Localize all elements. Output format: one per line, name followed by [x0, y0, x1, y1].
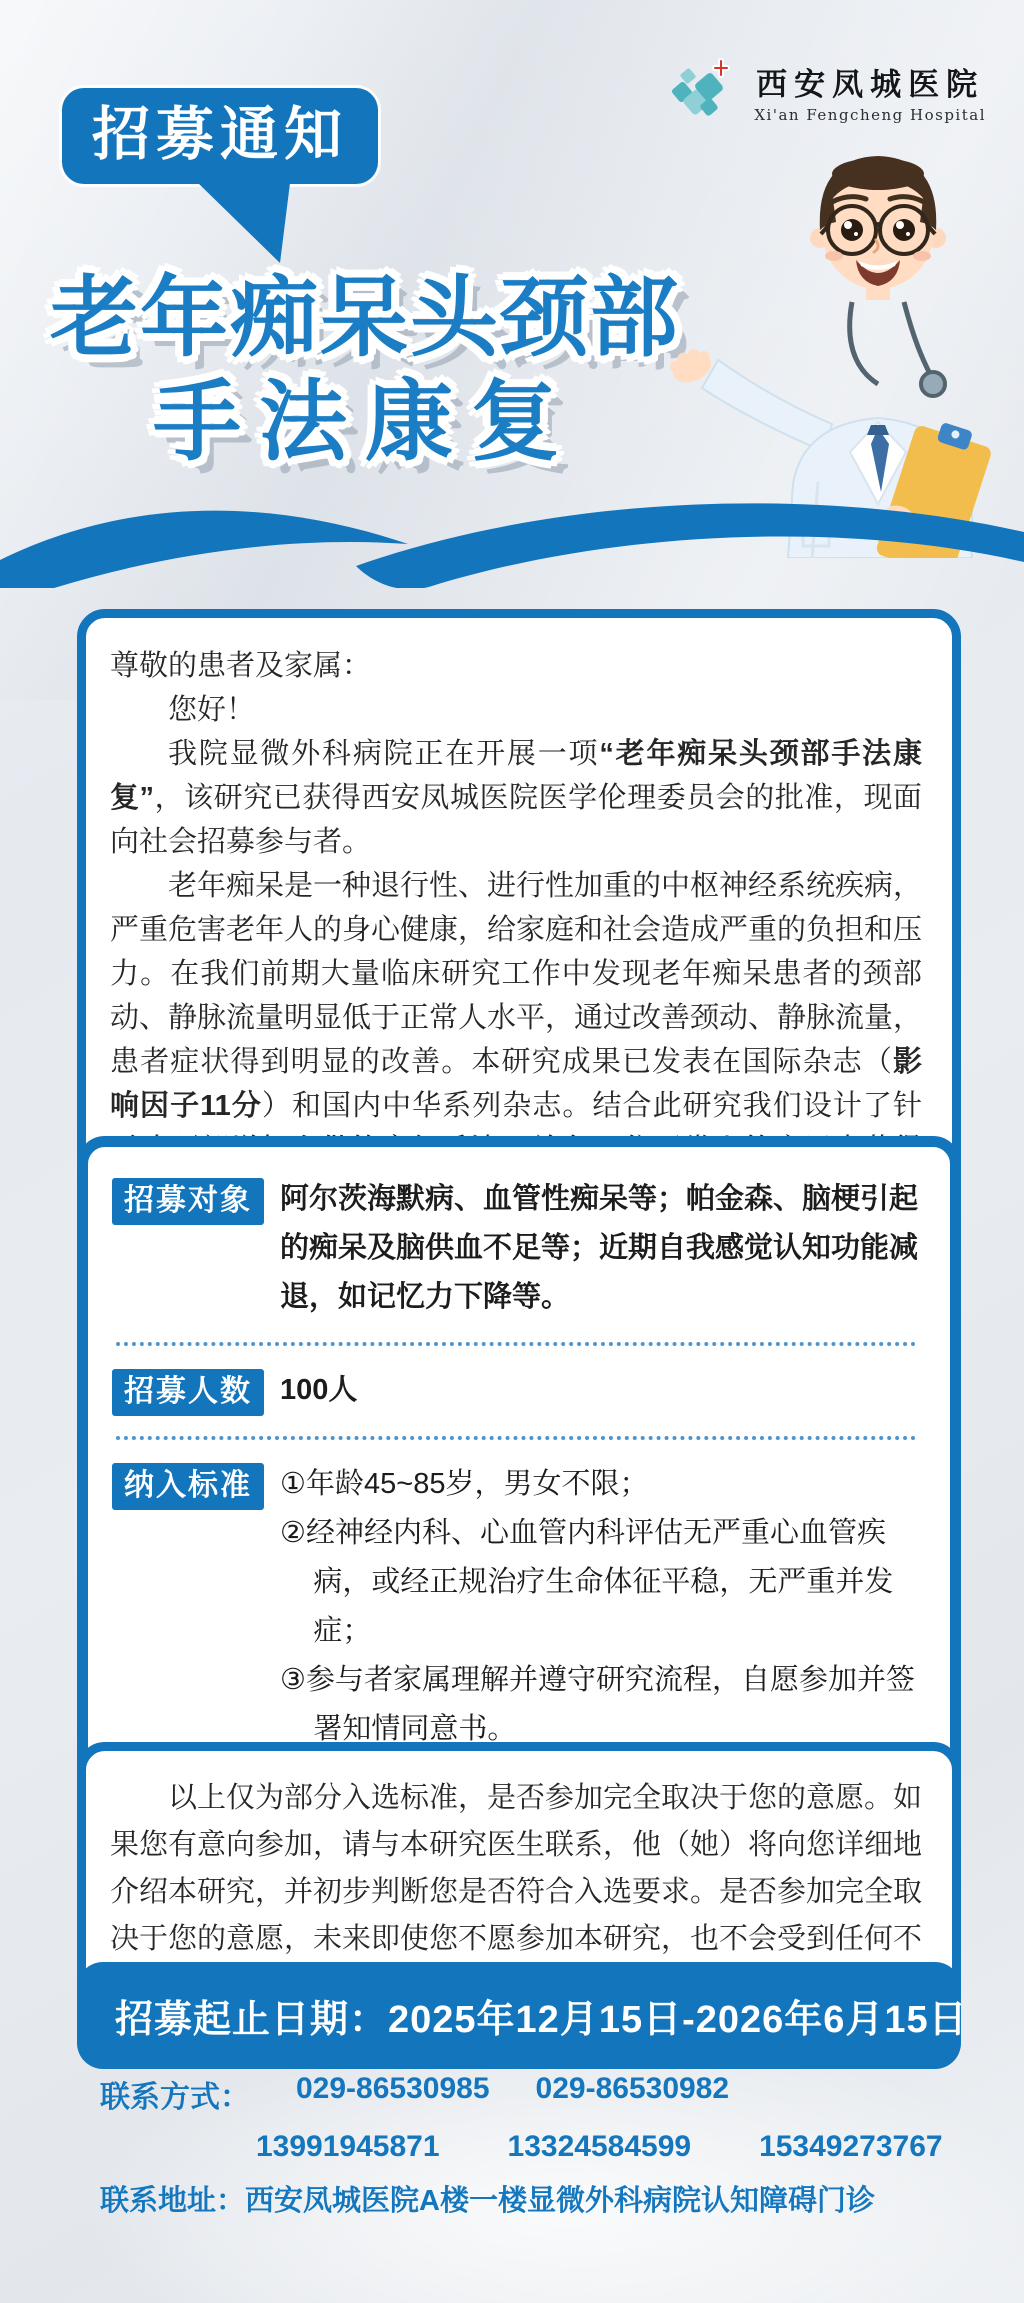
- poster-title: 老年痴呆头颈部 手法康复: [0, 266, 730, 474]
- contact-address-label: 联系地址：: [100, 2185, 245, 2217]
- hospital-logo: 西安凤城医院 Xi'an Fengcheng Hospital: [668, 56, 986, 127]
- recruitment-poster: 西安凤城医院 Xi'an Fengcheng Hospital 招募通知 老年痴…: [0, 0, 1024, 2303]
- greeting: 您好！: [110, 688, 922, 732]
- contact-address-value: 西安凤城医院A楼一楼显微外科病院认知障碍门诊: [245, 2185, 875, 2217]
- contact-phone-row2: 13991945871 13324584599 15349273767: [256, 2130, 943, 2164]
- date-banner: 招募起止日期：2025年12月15日-2026年6月15日: [77, 1962, 961, 2069]
- intro-paragraph-1: 我院显微外科病院正在开展一项“老年痴呆头颈部手法康复”，该研究已获得西安凤城医院…: [110, 732, 922, 864]
- recruit-count-row: 招募人数 100人: [112, 1366, 920, 1416]
- criteria-item-3: ③参与者家属理解并遵守研究流程，自愿参加并签署知情同意书。: [280, 1656, 920, 1754]
- recruit-count-text: 100人: [280, 1366, 920, 1415]
- recruit-target-text: 阿尔茨海默病、血管性痴呆等；帕金森、脑梗引起的痴呆及脑供血不足等；近期自我感觉认…: [280, 1175, 920, 1322]
- hospital-name-en: Xi'an Fengcheng Hospital: [754, 106, 986, 124]
- inclusion-criteria-row: 纳入标准 ①年龄45~85岁，男女不限； ②经神经内科、心血管内科评估无严重心血…: [112, 1460, 920, 1754]
- phone-number: 15349273767: [759, 2130, 943, 2164]
- criteria-item-2: ②经神经内科、心血管内科评估无严重心血管疾病，或经正规治疗生命体征平稳，无严重并…: [280, 1509, 920, 1656]
- contact-address: 联系地址：西安凤城医院A楼一楼显微外科病院认知障碍门诊: [100, 2178, 875, 2219]
- dotted-divider: [116, 1342, 916, 1346]
- notice-badge-tail: [192, 183, 296, 267]
- poster-title-line1: 老年痴呆头颈部: [0, 266, 730, 370]
- hospital-name-cn: 西安凤城医院: [756, 59, 984, 104]
- wave-decoration: [0, 468, 1024, 588]
- date-banner-range: 2025年12月15日-2026年6月15日: [388, 1999, 968, 2041]
- contact-block: 联系方式： 029-86530985 029-86530982 13991945…: [100, 2072, 943, 2164]
- contact-phone-label: 联系方式：: [100, 2072, 250, 2116]
- criteria-item-1: ①年龄45~85岁，男女不限；: [280, 1460, 920, 1509]
- recruit-count-label: 招募人数: [112, 1369, 264, 1416]
- dotted-divider: [116, 1436, 916, 1440]
- poster-title-line2: 手法康复: [0, 370, 730, 474]
- phone-number: 029-86530982: [536, 2072, 730, 2116]
- contact-phone-row1: 联系方式： 029-86530985 029-86530982: [100, 2072, 943, 2116]
- date-banner-label: 招募起止日期：: [115, 1999, 388, 2041]
- phone-number: 13991945871: [256, 2130, 440, 2164]
- inclusion-criteria-list: ①年龄45~85岁，男女不限； ②经神经内科、心血管内科评估无严重心血管疾病，或…: [280, 1460, 920, 1754]
- recruit-target-label: 招募对象: [112, 1178, 264, 1225]
- notice-badge: 招募通知: [62, 88, 378, 184]
- hospital-logo-icon: [668, 56, 742, 127]
- inclusion-criteria-label: 纳入标准: [112, 1463, 264, 1510]
- salutation: 尊敬的患者及家属：: [110, 644, 922, 688]
- phone-number: 13324584599: [508, 2130, 692, 2164]
- recruit-target-row: 招募对象 阿尔茨海默病、血管性痴呆等；帕金森、脑梗引起的痴呆及脑供血不足等；近期…: [112, 1175, 920, 1322]
- phone-number: 029-86530985: [296, 2072, 490, 2116]
